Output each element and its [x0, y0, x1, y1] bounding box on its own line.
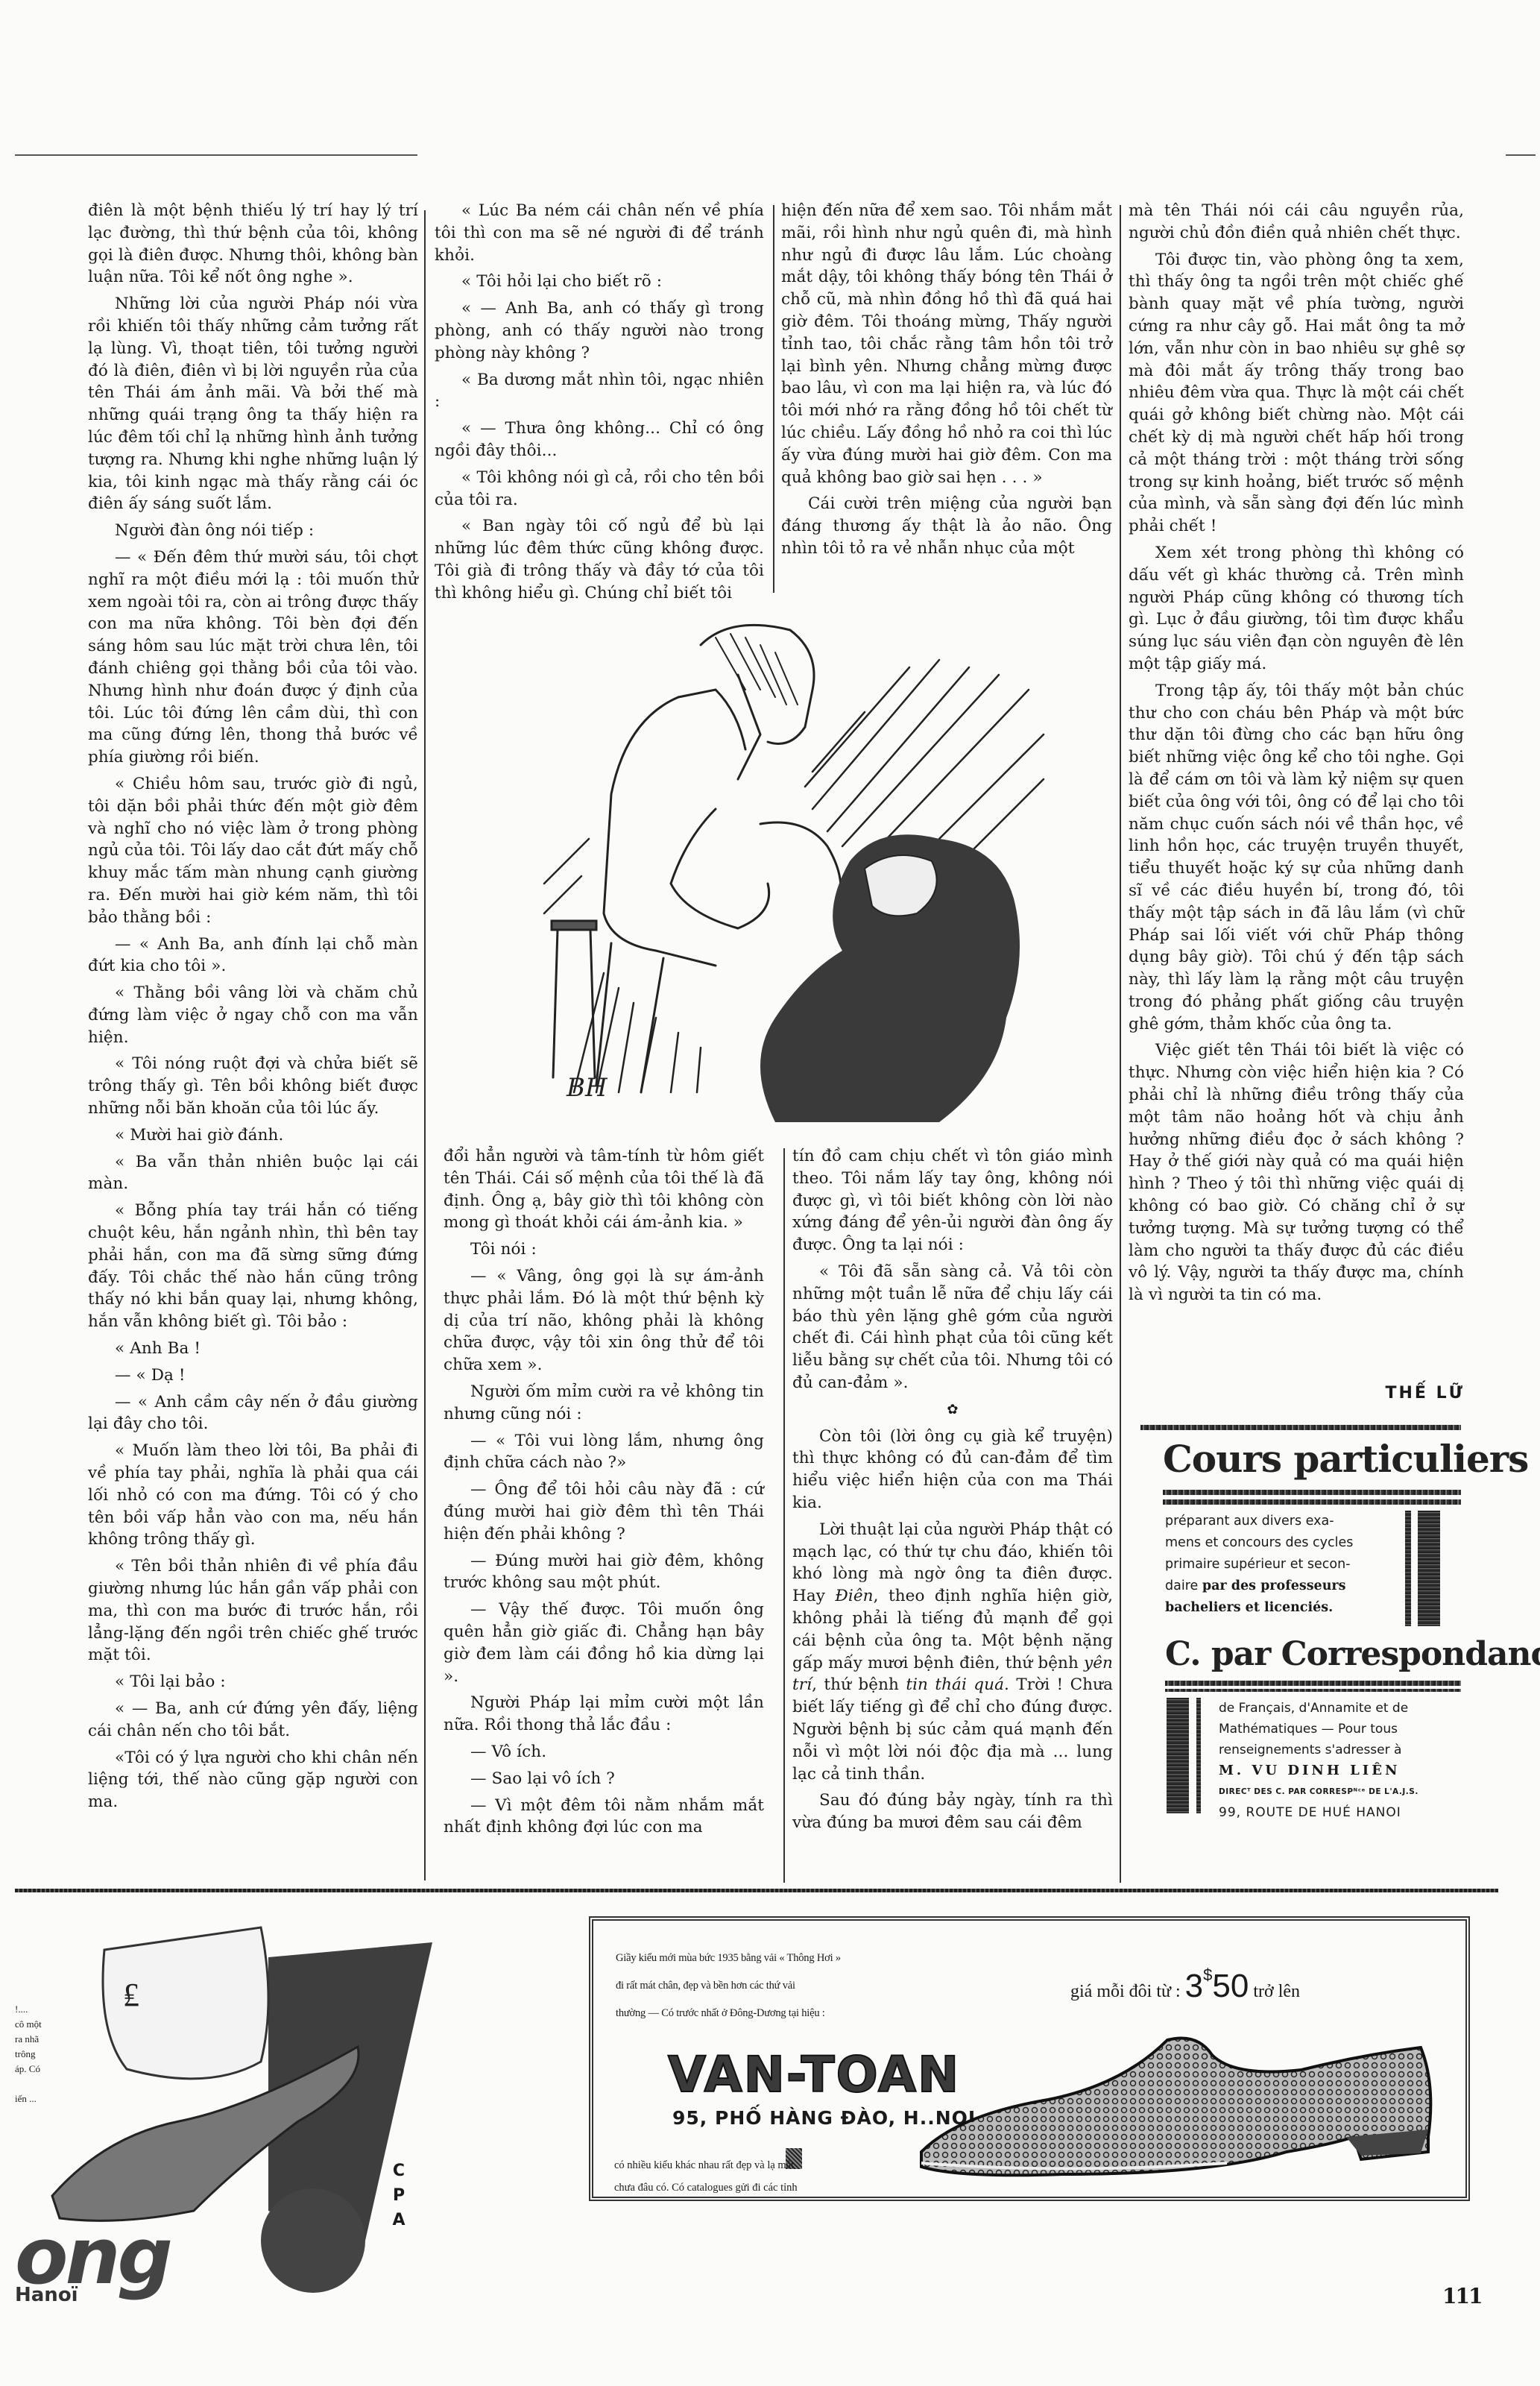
- ad-contact-title: DIRECᵀ DES C. PAR CORRESPᴺᶜᵉ DE L'A.J.S.: [1219, 1781, 1450, 1802]
- ad-contact-name: M. VU DINH LIÊN: [1219, 1760, 1450, 1781]
- ad-body-bold: par des professeurs: [1202, 1578, 1346, 1593]
- article-column-2-top: « Lúc Ba ném cái chân nến về phía tôi th…: [435, 200, 764, 609]
- article-paragraph: — « Dạ !: [88, 1364, 418, 1387]
- ad-decor-strip: [1418, 1511, 1440, 1626]
- article-paragraph: « Anh Ba !: [88, 1338, 418, 1360]
- ad-text-line: ra nhã: [15, 2032, 42, 2047]
- article-paragraph: « Ba dương mắt nhìn tôi, ngạc nhiên :: [435, 369, 764, 414]
- ad-cours-particuliers: Cours particuliers préparant aux divers …: [1140, 1420, 1461, 1808]
- article-paragraph: « Tôi hỏi lại cho biết rõ :: [435, 271, 764, 293]
- article-paragraph: « Ban ngày tôi cố ngủ để bù lại những lú…: [435, 515, 764, 604]
- article-paragraph: — « Anh cầm cây nến ở đầu giường lại đây…: [88, 1391, 418, 1436]
- article-column-1: điên là một bệnh thiếu lý trí hay lý trí…: [88, 200, 418, 1818]
- article-paragraph: tín đồ cam chịu chết vì tôn giáo mình th…: [792, 1145, 1113, 1256]
- ad-rule: [1163, 1499, 1461, 1505]
- ad-description-line: thường — Có trước nhất ở Đông-Dương tại …: [616, 2000, 888, 2027]
- price-currency: $: [1203, 1965, 1212, 1984]
- article-paragraph: Tôi nói :: [444, 1238, 764, 1261]
- ad-agency-mark: C P A: [391, 2159, 406, 2232]
- price-amount: 3$50: [1185, 1968, 1249, 2004]
- agency-letter: P: [391, 2183, 406, 2208]
- column-divider: [424, 210, 426, 1880]
- ad-city: Hanoï: [15, 2284, 78, 2306]
- ad-decor-strip: [1196, 1698, 1201, 1813]
- ad-van-toan: Giầy kiểu mới mùa bức 1935 bằng vải « Th…: [589, 1916, 1470, 2201]
- ad-body: préparant aux divers exa- mens et concou…: [1165, 1511, 1389, 1619]
- illustration-man-leaning-over-figure: BH: [492, 600, 1058, 1130]
- article-paragraph: « — Ba, anh cứ đứng yên đấy, liệng cái c…: [88, 1698, 418, 1743]
- article-paragraph: hiện đến nữa để xem sao. Tôi nhắm mắt mã…: [781, 200, 1112, 488]
- article-paragraph: Cái cười trên miệng của người bạn đáng t…: [781, 493, 1112, 559]
- article-paragraph: — Vô ích.: [444, 1741, 764, 1763]
- agency-letter: C: [391, 2159, 406, 2183]
- article-paragraph: — Vì một đêm tôi nằm nhắm mắt nhất định …: [444, 1795, 764, 1839]
- article-paragraph: Lời thuật lại của người Pháp thật có mạc…: [792, 1519, 1113, 1786]
- article-paragraph: điên là một bệnh thiếu lý trí hay lý trí…: [88, 200, 418, 289]
- ad-headline: Cours particuliers: [1140, 1438, 1461, 1481]
- article-paragraph: « Tôi nóng ruột đợi và chửa biết sẽ trôn…: [88, 1053, 418, 1119]
- article-paragraph: Người Pháp lại mỉm cười một lần nữa. Rồi…: [444, 1692, 764, 1737]
- ad-rule: [1165, 1681, 1461, 1686]
- price-whole: 3: [1185, 1968, 1203, 2004]
- article-column-2-bottom: đổi hẳn người và tâm-tính từ hôm giết tê…: [444, 1145, 764, 1843]
- ad-body-line: renseignements s'adresser à: [1219, 1740, 1450, 1760]
- article-paragraph: « Mười hai giờ đánh.: [88, 1124, 418, 1147]
- price-suffix: trở lên: [1253, 1982, 1300, 2001]
- article-paragraph: — « Vâng, ông gọi là sự ám-ảnh thực phải…: [444, 1265, 764, 1376]
- article-column-3-bottom: tín đồ cam chịu chết vì tôn giáo mình th…: [792, 1145, 1113, 1839]
- article-paragraph: « Muốn làm theo lời tôi, Ba phải đi về p…: [88, 1440, 418, 1551]
- article-paragraph: « Tên bồi thản nhiên đi về phía đầu giườ…: [88, 1555, 418, 1666]
- article-paragraph: — « Anh Ba, anh đính lại chỗ màn đứt kia…: [88, 934, 418, 978]
- ad-body-line: Mathématiques — Pour tous: [1219, 1719, 1450, 1740]
- article-paragraph: « Tôi lại bảo :: [88, 1671, 418, 1693]
- article-paragraph: Người ốm mỉm cười ra vẻ không tin nhưng …: [444, 1381, 764, 1426]
- ad-address: 99, ROUTE DE HUÉ HANOI: [1219, 1802, 1450, 1823]
- shoe-illustration: [914, 2025, 1451, 2189]
- article-paragraph: — Sao lại vô ích ?: [444, 1768, 764, 1790]
- ad-body-line: mens et concours des cycles: [1165, 1532, 1389, 1554]
- ad-text-line: iến ...: [15, 2091, 42, 2106]
- ad-rule: [1163, 1490, 1461, 1495]
- price-label: giá mỗi đôi từ :: [1070, 1982, 1181, 2001]
- ad-description: Giầy kiểu mới mùa bức 1935 bằng vải « Th…: [616, 1945, 888, 2027]
- article-paragraph: Những lời của người Pháp nói vừa rồi khi…: [88, 293, 418, 515]
- article-paragraph: Việc giết tên Thái tôi biết là việc có t…: [1129, 1039, 1464, 1306]
- ad-rule: [1140, 1425, 1461, 1430]
- article-paragraph: « Ba vẫn thản nhiên buộc lại cái màn.: [88, 1151, 418, 1196]
- article-paragraph: « Tôi đã sẵn sàng cả. Vả tôi còn những m…: [792, 1261, 1113, 1394]
- ad-headline-2: C. par Correspondance :: [1140, 1633, 1461, 1676]
- article-paragraph: « — Anh Ba, anh có thấy gì trong phòng, …: [435, 298, 764, 364]
- ad-price: giá mỗi đôi từ : 3$50 trở lên: [1070, 1965, 1300, 2005]
- article-paragraph: « Chiều hôm sau, trước giờ đi ngủ, tôi d…: [88, 773, 418, 929]
- ads-section-rule: [15, 1889, 1498, 1892]
- section-ornament-icon: ✿: [792, 1399, 1113, 1421]
- ad-footer-line: có nhiều kiểu khác nhau rất đẹp và lạ mắ…: [614, 2154, 860, 2176]
- article-paragraph: «Tôi có ý lựa người cho khi chân nến liệ…: [88, 1747, 418, 1813]
- article-paragraph: Trong tập ấy, tôi thấy một bản chúc thư …: [1129, 680, 1464, 1036]
- ad-rule: [1165, 1689, 1461, 1692]
- ad-text-line: trông: [15, 2047, 42, 2062]
- ad-text-fragment: !.... cô một ra nhã trông áp. Có iến ...: [15, 2002, 42, 2106]
- ad-body-line: de Français, d'Annamite et de: [1219, 1698, 1450, 1719]
- svg-text:₤: ₤: [123, 1976, 139, 2014]
- column-divider: [1120, 205, 1121, 1883]
- article-paragraph: Người đàn ông nói tiếp :: [88, 520, 418, 542]
- article-paragraph: Xem xét trong phòng thì không có dấu vết…: [1129, 542, 1464, 676]
- article-paragraph: mà tên Thái nói cái câu nguyền rủa, ngườ…: [1129, 200, 1464, 245]
- article-paragraph: đổi hẳn người và tâm-tính từ hôm giết tê…: [444, 1145, 764, 1234]
- ad-decor-strip: [1405, 1511, 1411, 1626]
- author-signature: THẾ LỮ: [1342, 1384, 1465, 1403]
- article-paragraph: Tôi được tin, vào phòng ông ta xem, thì …: [1129, 249, 1464, 538]
- ad-footer-line: chưa đâu có. Có catalogues gửi đi các tỉ…: [614, 2176, 860, 2199]
- ad-body-2: de Français, d'Annamite et de Mathématiq…: [1219, 1698, 1450, 1823]
- article-column-3-top: hiện đến nữa để xem sao. Tôi nhắm mắt mã…: [781, 200, 1112, 564]
- price-cents: 50: [1212, 1968, 1249, 2004]
- article-column-4: mà tên Thái nói cái câu nguyền rủa, ngườ…: [1129, 200, 1464, 1311]
- ad-decor-strip: [1167, 1698, 1189, 1813]
- article-paragraph: « — Thưa ông không... Chỉ có ông ngồi đâ…: [435, 418, 764, 462]
- article-paragraph: « Tôi không nói gì cả, rồi cho tên bồi c…: [435, 467, 764, 511]
- article-paragraph: — Đúng mười hai giờ đêm, không trước khô…: [444, 1550, 764, 1595]
- ad-body-line: primaire supérieur et secon-: [1165, 1554, 1389, 1576]
- article-paragraph: — « Đến đêm thứ mười sáu, tôi chợt nghĩ …: [88, 547, 418, 769]
- story-illustration: BH: [492, 600, 1058, 1130]
- article-paragraph: — Vậy thế được. Tôi muốn ông quên hẳn gi…: [444, 1599, 764, 1687]
- ad-text-line: !....: [15, 2002, 42, 2017]
- ad-description-line: đi rất mát chân, đẹp và bền hơn các thứ …: [616, 1972, 888, 2000]
- article-paragraph: — Ông để tôi hỏi câu này đã : cứ đúng mư…: [444, 1479, 764, 1545]
- agency-letter: A: [391, 2208, 406, 2232]
- ad-footer: có nhiều kiểu khác nhau rất đẹp và lạ mắ…: [614, 2148, 860, 2199]
- ad-description-line: Giầy kiểu mới mùa bức 1935 bằng vải « Th…: [616, 1945, 888, 1972]
- ad-body-line: préparant aux divers exa-: [1165, 1511, 1389, 1532]
- article-paragraph: « Bỗng phía tay trái hắn có tiếng chuột …: [88, 1200, 418, 1333]
- column-divider: [783, 1148, 785, 1883]
- ad-text-line: áp. Có: [15, 2062, 42, 2077]
- article-paragraph: Còn tôi (lời ông cụ già kể truyện) thì t…: [792, 1426, 1113, 1514]
- top-rule: [1506, 154, 1536, 156]
- article-paragraph: — « Tôi vui lòng lắm, nhưng ông định chữ…: [444, 1430, 764, 1475]
- ad-body-bold: bacheliers et licenciés.: [1165, 1600, 1333, 1615]
- top-rule: [15, 154, 417, 156]
- column-divider: [773, 205, 774, 593]
- page-number: 111: [1442, 2284, 1481, 2308]
- article-paragraph: Sau đó đúng bảy ngày, tính ra thì vừa đú…: [792, 1789, 1113, 1834]
- ad-body-line: daire: [1165, 1578, 1198, 1593]
- ad-text-line: cô một: [15, 2017, 42, 2032]
- article-paragraph: « Thằng bồi vâng lời và chăm chủ đứng là…: [88, 982, 418, 1048]
- ad-left-shoe: ₤ !.... cô một ra nhã trông áp. Có iến .…: [15, 1898, 462, 2300]
- artist-signature: BH: [566, 1073, 608, 1103]
- article-paragraph: « Lúc Ba ném cái chân nến về phía tôi th…: [435, 200, 764, 266]
